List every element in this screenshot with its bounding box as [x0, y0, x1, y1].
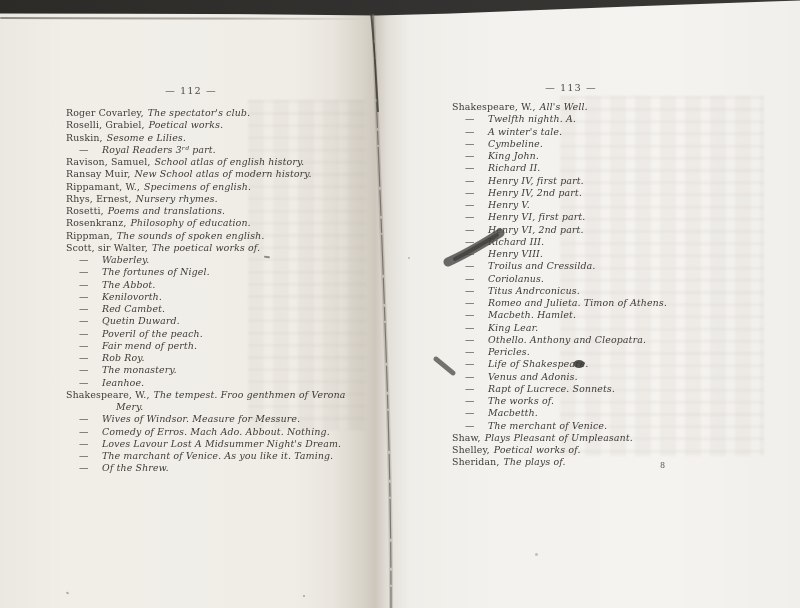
ditto-dash: —	[79, 451, 88, 463]
entry-title: Ieanhoe.	[102, 378, 144, 389]
entry-title: Henry V.	[488, 200, 530, 211]
catalog-entry: —Venus and Adonis.	[452, 372, 782, 384]
entry-title: Twelfth nighth. A.	[488, 114, 576, 125]
catalog-entry: —The fortunes of Nigel.	[66, 267, 372, 279]
ditto-dash: —	[79, 427, 88, 439]
ditto-dash: —	[465, 274, 474, 286]
entry-title: Sesome e Lilies.	[107, 133, 186, 144]
ditto-dash: —	[79, 378, 88, 390]
catalog-entry: —King John.	[452, 151, 782, 163]
entry-title: Henry VIII.	[488, 249, 543, 260]
catalog-entry: —The marchant of Venice. As you like it.…	[66, 451, 372, 463]
ditto-dash: —	[79, 365, 88, 377]
entry-title: Poetical works.	[149, 120, 224, 131]
catalog-entry: —Rob Roy.	[66, 353, 372, 365]
ditto-dash: —	[465, 359, 474, 371]
ditto-dash: —	[465, 323, 474, 335]
entry-title: Mery.	[116, 402, 143, 413]
catalog-entry: —Cymbeline.	[452, 139, 782, 151]
catalog-entry: —Henry IV, 2nd part.	[452, 188, 782, 200]
entry-title: Coriolanus.	[488, 274, 544, 285]
entry-title: Quetin Duward.	[102, 316, 180, 327]
entry-title: Henry VI, first part.	[488, 212, 585, 223]
catalog-entry: —Waberley.	[66, 255, 372, 267]
entry-title: Othello. Anthony and Cleopatra.	[488, 335, 646, 346]
entry-author: Rippamant, W.,	[66, 182, 144, 193]
entry-author: Roselli, Grabiel,	[66, 120, 149, 131]
entry-title: Titus Andrconicus.	[488, 286, 580, 297]
catalog-entry: Scott, sir Walter,The poetical works of.	[66, 243, 372, 255]
ditto-dash: —	[465, 176, 474, 188]
entry-title: New School atlas of modern history.	[134, 169, 311, 180]
signature-mark: 8	[660, 461, 665, 470]
catalog-entry: —The monastery.	[66, 365, 372, 377]
entry-title: Henry IV, 2nd part.	[488, 188, 582, 199]
entry-author: Shelley,	[452, 445, 494, 456]
entry-title: Pericles.	[488, 347, 530, 358]
ditto-dash: —	[465, 261, 474, 273]
catalog-entry: Ransay Muir,New School atlas of modern h…	[66, 169, 372, 181]
catalog-entry: —Henry VI, first part.	[452, 212, 782, 224]
catalog-entry: Shakespeare, W.,The tempest. Froo genthm…	[66, 390, 372, 402]
ditto-dash: —	[465, 237, 474, 249]
entry-title: The monastery.	[102, 365, 177, 376]
catalog-entry: —Kenilovorth.	[66, 292, 372, 304]
entry-author: Sheridan,	[452, 457, 503, 468]
entry-title: Comedy of Erros. Mach Ado. Abbout. Nothi…	[102, 427, 330, 438]
catalog-entry: Ruskin,Sesome e Lilies.	[66, 133, 372, 145]
entry-title: Cymbeline.	[488, 139, 543, 150]
catalog-entry: —Romeo and Julieta. Timon of Athens.	[452, 298, 782, 310]
catalog-entry: Rippman,The sounds of spoken english.	[66, 231, 372, 243]
catalog-entry: —Othello. Anthony and Cleopatra.	[452, 335, 782, 347]
entry-title: King John.	[488, 151, 539, 162]
entry-title: Rapt of Lucrece. Sonnets.	[488, 384, 615, 395]
entry-title: Royal Readers 3ʳᵈ part.	[102, 145, 216, 156]
catalog-entry: —Coriolanus.	[452, 274, 782, 286]
catalog-entry: —The merchant of Venice.	[452, 421, 782, 433]
ditto-dash: —	[465, 372, 474, 384]
entry-title: Waberley.	[102, 255, 149, 266]
paper-speck	[303, 595, 305, 597]
catalog-entry: —Royal Readers 3ʳᵈ part.	[66, 145, 372, 157]
ditto-dash: —	[465, 286, 474, 298]
catalog-entry: —Henry VIII.	[452, 249, 782, 261]
catalog-entry: —The Abbot.	[66, 280, 372, 292]
catalog-entry: —Twelfth nighth. A.	[452, 114, 782, 126]
entry-title: Troilus and Cressilda.	[488, 261, 596, 272]
entry-title: The marchant of Venice. As you like it. …	[102, 451, 333, 462]
entry-title: Of the Shrew.	[102, 463, 169, 474]
catalog-entry: —Wives of Windsor. Measure for Messure.	[66, 414, 372, 426]
catalog-entry: —Comedy of Erros. Mach Ado. Abbout. Noth…	[66, 427, 372, 439]
entry-title: Nursery rhymes.	[136, 194, 218, 205]
catalog-entry: Rosenkranz,Philosophy of education.	[66, 218, 372, 230]
catalog-entry: —Pericles.	[452, 347, 782, 359]
catalog-entry: —King Lear.	[452, 323, 782, 335]
catalog-entry: —Henry IV, first part.	[452, 176, 782, 188]
ditto-dash: —	[79, 341, 88, 353]
ditto-dash: —	[79, 463, 88, 475]
entry-title: Romeo and Julieta. Timon of Athens.	[488, 298, 667, 309]
entry-title: Macbetth.	[488, 408, 538, 419]
entry-title: The poetical works of.	[152, 243, 260, 254]
gutter-shadow-right	[374, 0, 410, 608]
entry-title: The sounds of spoken english.	[117, 231, 265, 242]
entry-title: The merchant of Venice.	[488, 421, 607, 432]
catalog-entry: —Macbeth. Hamlet.	[452, 310, 782, 322]
catalog-entry: —Rapt of Lucrece. Sonnets.	[452, 384, 782, 396]
catalog-entry: —Ieanhoe.	[66, 378, 372, 390]
ditto-dash: —	[465, 225, 474, 237]
entry-author: Ruskin,	[66, 133, 107, 144]
ditto-dash: —	[465, 249, 474, 261]
entry-author: Shakespeare, W.,	[452, 102, 540, 113]
entry-title: Rob Roy.	[102, 353, 145, 364]
paper-speck	[535, 553, 538, 556]
ditto-dash: —	[465, 396, 474, 408]
catalog-entry: Mery.	[66, 402, 372, 414]
ditto-dash: —	[465, 163, 474, 175]
ditto-dash: —	[465, 347, 474, 359]
entry-author: Rosetti,	[66, 206, 108, 217]
catalog-entry: —Life of Shakespeare.	[452, 359, 782, 371]
catalog-entry: —Titus Andrconicus.	[452, 286, 782, 298]
entry-title: Kenilovorth.	[102, 292, 162, 303]
entry-author: Scott, sir Walter,	[66, 243, 152, 254]
ditto-dash: —	[79, 255, 88, 267]
entry-author: Shakespeare, W.,	[66, 390, 154, 401]
entry-title: Poetical works of.	[494, 445, 581, 456]
catalog-entry: —A winter's tale.	[452, 127, 782, 139]
entry-title: Richard III.	[488, 237, 544, 248]
catalog-entry: Rhys, Ernest,Nursery rhymes.	[66, 194, 372, 206]
entry-title: Poems and translations.	[108, 206, 225, 217]
entry-title: Wives of Windsor. Measure for Messure.	[102, 414, 300, 425]
entry-title: Plays Pleasant of Umpleasant.	[485, 433, 633, 444]
ditto-dash: —	[465, 139, 474, 151]
entry-author: Rippman,	[66, 231, 117, 242]
ditto-dash: —	[465, 212, 474, 224]
ditto-dash: —	[465, 188, 474, 200]
ditto-dash: —	[465, 310, 474, 322]
entry-title: Specimens of english.	[144, 182, 251, 193]
ditto-dash: —	[465, 151, 474, 163]
catalog-entry: —Fair mend of perth.	[66, 341, 372, 353]
entry-title: Macbeth. Hamlet.	[488, 310, 576, 321]
entry-list-right: Shakespeare, W.,All's Well.—Twelfth nigh…	[452, 102, 782, 470]
page-number-left: — 112 —	[126, 86, 256, 97]
entry-title: Henry VI, 2nd part.	[488, 225, 584, 236]
catalog-entry: —The works of.	[452, 396, 782, 408]
catalog-entry: —Troilus and Cressilda.	[452, 261, 782, 273]
entry-title: Henry IV, first part.	[488, 176, 584, 187]
catalog-entry: —Richard III.	[452, 237, 782, 249]
entry-title: A winter's tale.	[488, 127, 562, 138]
entry-author: Ravison, Samuel,	[66, 157, 154, 168]
catalog-entry: —Of the Shrew.	[66, 463, 372, 475]
ditto-dash: —	[465, 298, 474, 310]
entry-title: Philosophy of education.	[130, 218, 250, 229]
catalog-entry: —Henry V.	[452, 200, 782, 212]
ditto-dash: —	[465, 200, 474, 212]
entry-title: Poveril of the peach.	[102, 329, 203, 340]
ditto-dash: —	[79, 280, 88, 292]
ditto-dash: —	[79, 267, 88, 279]
entry-title: School atlas of english history.	[154, 157, 304, 168]
page-number-right: — 113 —	[506, 83, 636, 94]
ditto-dash: —	[79, 316, 88, 328]
entry-title: Loves Lavour Lost A Midsummer Night's Dr…	[102, 439, 341, 450]
ditto-dash: —	[465, 384, 474, 396]
catalog-entry: —Richard II.	[452, 163, 782, 175]
catalog-entry: —Poveril of the peach.	[66, 329, 372, 341]
entry-title: The Abbot.	[102, 280, 155, 291]
catalog-entry: Roselli, Grabiel,Poetical works.	[66, 120, 372, 132]
ditto-dash: —	[79, 145, 88, 157]
entry-author: Roger Covarley,	[66, 108, 148, 119]
ditto-dash: —	[465, 335, 474, 347]
ditto-dash: —	[465, 408, 474, 420]
ditto-dash: —	[79, 304, 88, 316]
entry-title: The fortunes of Nigel.	[102, 267, 210, 278]
entry-title: Richard II.	[488, 163, 540, 174]
entry-title: Red Cambet.	[102, 304, 165, 315]
catalog-entry: Rosetti,Poems and translations.	[66, 206, 372, 218]
ditto-dash: —	[465, 421, 474, 433]
ditto-dash: —	[465, 127, 474, 139]
catalog-entry: —Henry VI, 2nd part.	[452, 225, 782, 237]
entry-list-left: Roger Covarley,The spectator's club.Rose…	[66, 108, 372, 476]
ditto-dash: —	[79, 439, 88, 451]
catalog-entry: Sheridan,The plays of.	[452, 457, 782, 469]
entry-title: Fair mend of perth.	[102, 341, 197, 352]
entry-title: Venus and Adonis.	[488, 372, 578, 383]
entry-title: King Lear.	[488, 323, 538, 334]
catalog-entry: Shelley,Poetical works of.	[452, 445, 782, 457]
ditto-dash: —	[79, 353, 88, 365]
ditto-dash: —	[465, 114, 474, 126]
entry-title: The spectator's club.	[148, 108, 250, 119]
entry-title: The tempest. Froo genthmen of Verona	[154, 390, 346, 401]
catalog-entry: Roger Covarley,The spectator's club.	[66, 108, 372, 120]
catalog-entry: —Quetin Duward.	[66, 316, 372, 328]
ditto-dash: —	[79, 292, 88, 304]
ditto-dash: —	[79, 329, 88, 341]
entry-title: The plays of.	[503, 457, 565, 468]
entry-title: Life of Shakespeare.	[488, 359, 589, 370]
catalog-entry: Ravison, Samuel,School atlas of english …	[66, 157, 372, 169]
catalog-entry: Shakespeare, W.,All's Well.	[452, 102, 782, 114]
entry-author: Shaw,	[452, 433, 485, 444]
entry-title: All's Well.	[540, 102, 588, 113]
paper-speck	[408, 257, 410, 259]
catalog-entry: Rippamant, W.,Specimens of english.	[66, 182, 372, 194]
ditto-dash: —	[79, 414, 88, 426]
catalog-entry: —Red Cambet.	[66, 304, 372, 316]
entry-author: Ransay Muir,	[66, 169, 134, 180]
entry-author: Rhys, Ernest,	[66, 194, 136, 205]
catalog-entry: Shaw,Plays Pleasant of Umpleasant.	[452, 433, 782, 445]
catalog-entry: —Macbetth.	[452, 408, 782, 420]
catalog-entry: —Loves Lavour Lost A Midsummer Night's D…	[66, 439, 372, 451]
book-scan: — 112 — — 113 — Roger Covarley,The spect…	[0, 0, 800, 608]
entry-author: Rosenkranz,	[66, 218, 130, 229]
entry-title: The works of.	[488, 396, 554, 407]
